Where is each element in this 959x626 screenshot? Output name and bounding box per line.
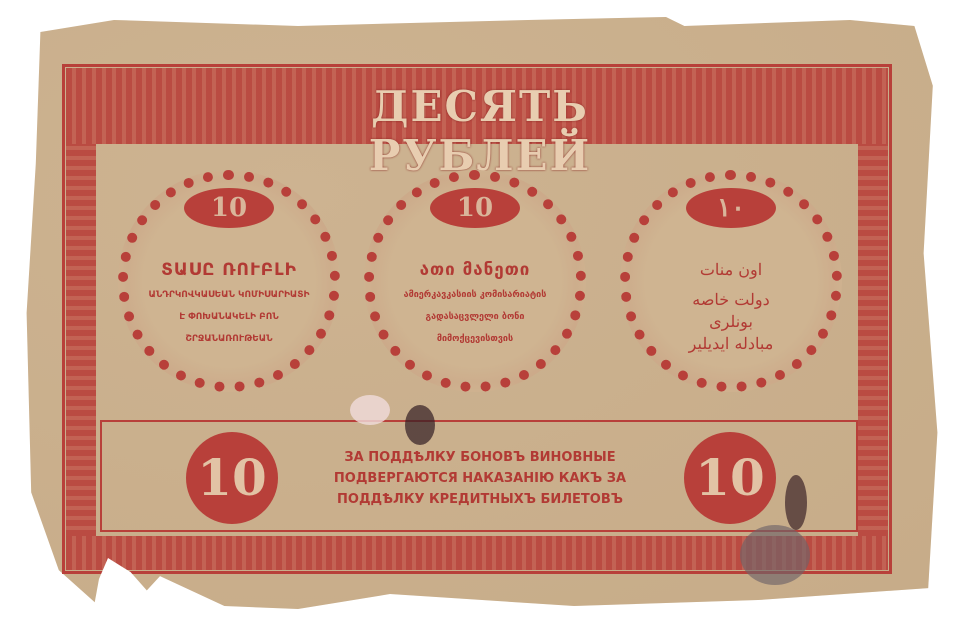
warning-line: ПОДДѢЛКУ КРЕДИТНЫХЪ БИЛЕТОВЪ	[300, 489, 660, 510]
stain	[740, 525, 810, 585]
medallion-line: مبادله ایدیلیر	[630, 334, 832, 353]
medallion-line: ამიერკავკასიის კომისარიატის	[374, 290, 576, 300]
medallion-armenian: 10 ՏԱՍԸ ՌՈՒԲԼԻ ԱՆԴՐԿՈՎԿԱՍԵԱՆ ԿՈՄԻՍԱՐԻԱՏԻ…	[118, 170, 340, 392]
medallion-line: გადასაცვლელი ბონი	[374, 312, 576, 322]
medallion-line: მიმოქცევისთვის	[374, 334, 576, 344]
stain	[405, 405, 435, 445]
warning-line: ПОДВЕРГАЮТСЯ НАКАЗАНІЮ КАКЪ ЗА	[300, 468, 660, 489]
medallion-line: ՏԱՍԸ ՌՈՒԲԼԻ	[128, 260, 330, 280]
counterfeit-warning: ЗА ПОДДѢЛКУ БОНОВЪ ВИНОВНЫЕ ПОДВЕРГАЮТСЯ…	[300, 447, 660, 510]
medallion-numeral: ١٠	[686, 188, 776, 228]
medallion-line: ათი მანეთი	[374, 260, 576, 280]
stain	[350, 395, 390, 425]
medallion-line: بونلری	[630, 312, 832, 331]
medallion-line: ԱՆԴՐԿՈՎԿԱՍԵԱՆ ԿՈՄԻՍԱՐԻԱՏԻ	[128, 290, 330, 300]
medallion-georgian: 10 ათი მანეთი ამიერკავკასიის კომისარიატი…	[364, 170, 586, 392]
warning-line: ЗА ПОДДѢЛКУ БОНОВЪ ВИНОВНЫЕ	[300, 447, 660, 468]
medallion-line: اون منات	[630, 260, 832, 279]
medallion-ottoman: ١٠ اون منات دولت خاصه بونلری مبادله ایدی…	[620, 170, 842, 392]
medallion-line: Է ՓՈԽԱՆԱԿԵԼԻ ԲՈՆ	[128, 312, 330, 322]
medallion-numeral: 10	[184, 188, 274, 228]
medallion-line: دولت خاصه	[630, 290, 832, 309]
medallion-numeral: 10	[430, 188, 520, 228]
stain	[785, 475, 807, 530]
denomination-right: 10	[684, 432, 776, 524]
banknote-title: ДЕСЯТЬ РУБЛЕЙ	[270, 82, 690, 180]
denomination-left: 10	[186, 432, 278, 524]
medallion-line: ՇՐՋԱՆԱՌՈՒԹԵԱՆ	[128, 334, 330, 344]
